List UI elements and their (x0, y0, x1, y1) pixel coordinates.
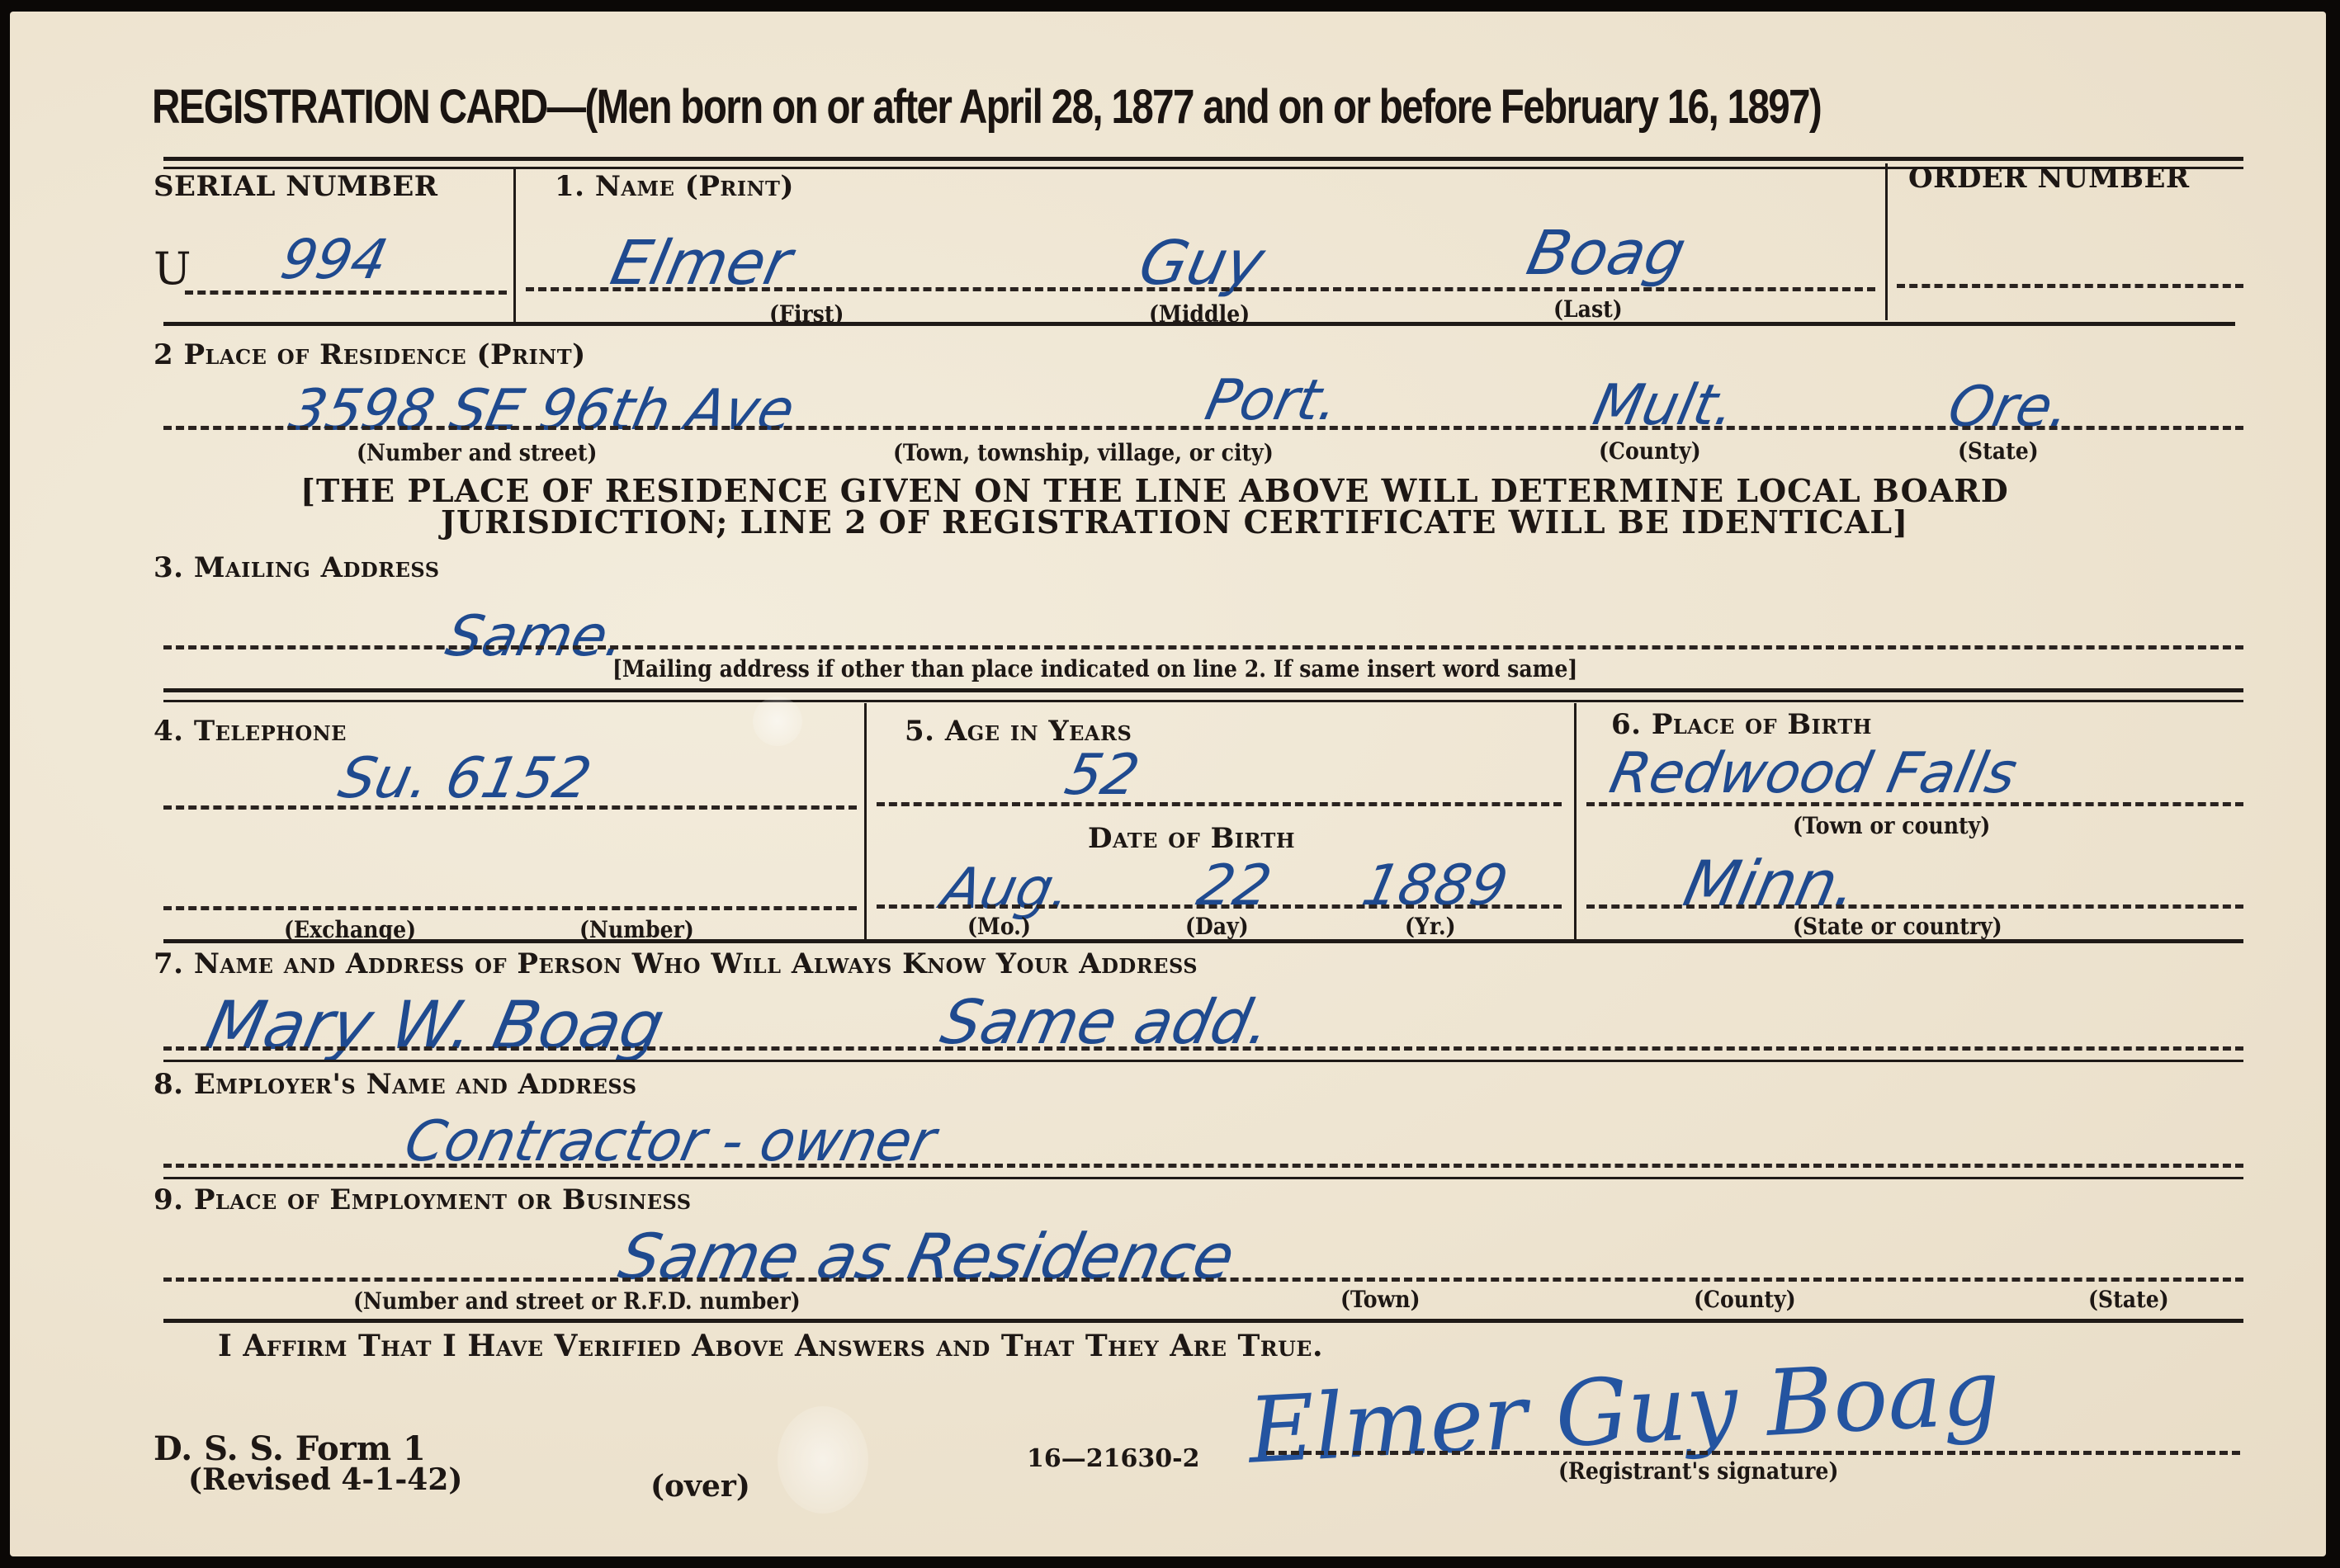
rule (163, 688, 2243, 692)
serial-prefix: U (154, 243, 191, 295)
birthplace-label: 6. Place of Birth (1611, 708, 1872, 741)
residence-label: 2 Place of Residence (Print) (154, 338, 586, 371)
birthplace-town-caption: (Town or county) (1793, 812, 1990, 839)
town-caption: (Town, township, village, or city) (893, 439, 1274, 466)
rule (163, 1060, 2243, 1062)
name-line (526, 287, 1875, 291)
birthplace-state-caption: (State or country) (1793, 913, 2002, 940)
month-caption: (Mo.) (967, 913, 1031, 940)
year-caption: (Yr.) (1405, 913, 1456, 940)
over-note: (over) (650, 1469, 750, 1504)
divider (1574, 703, 1577, 939)
serial-number-line (185, 290, 507, 295)
employment-place-value: Same as Residence (613, 1220, 1241, 1293)
employment-state-caption: (State) (2088, 1286, 2169, 1313)
employer-label: 8. Employer's Name and Address (154, 1068, 637, 1101)
rule (163, 322, 2235, 326)
divider (1885, 163, 1888, 320)
registration-card: REGISTRATION CARD—(Men born on or after … (10, 12, 2326, 1556)
residence-town-value: Port. (1200, 368, 1345, 433)
rule (163, 1319, 2243, 1323)
affirmation-text: I Affirm That I Have Verified Above Answ… (218, 1329, 1323, 1363)
dob-year-value: 1889 (1357, 853, 1514, 919)
residence-line (163, 426, 2243, 430)
mailing-value: Same. (441, 604, 631, 669)
mailing-line (163, 645, 2243, 649)
name-label: 1. Name (Print) (555, 170, 794, 203)
order-number-label: ORDER NUMBER (1908, 162, 2190, 195)
dob-line (877, 904, 1562, 909)
dob-label: Date of Birth (1088, 822, 1295, 855)
divider (513, 168, 516, 322)
age-value: 52 (1060, 743, 1145, 808)
employment-town-caption: (Town) (1340, 1286, 1421, 1313)
employment-county-caption: (County) (1694, 1286, 1796, 1313)
contact-line (163, 1046, 2243, 1051)
birthplace-town-line (1586, 802, 2243, 806)
signature-caption: (Registrant's signature) (1558, 1457, 1838, 1485)
telephone-value: Su. 6152 (333, 746, 597, 811)
telephone-line (163, 805, 857, 810)
contact-label: 7. Name and Address of Person Who Will A… (154, 947, 1198, 980)
telephone-label: 4. Telephone (154, 715, 347, 748)
telephone-line-2 (163, 906, 857, 910)
last-caption: (Last) (1553, 295, 1623, 323)
serial-number-value: 994 (276, 228, 393, 291)
employment-place-label: 9. Place of Employment or Business (154, 1183, 692, 1216)
residence-notice-line2: JURISDICTION; LINE 2 OF REGISTRATION CER… (441, 503, 1908, 541)
mailing-caption: [Mailing address if other than place ind… (612, 655, 1577, 682)
employment-place-line (163, 1278, 2243, 1282)
employer-line (163, 1164, 2243, 1168)
top-rule (163, 157, 2243, 161)
day-caption: (Day) (1185, 913, 1249, 940)
state-caption: (State) (1958, 437, 2039, 465)
rule (163, 1177, 2243, 1179)
card-title: REGISTRATION CARD—(Men born on or after … (152, 79, 1821, 135)
birthplace-town-value: Redwood Falls (1605, 741, 2023, 806)
order-number-line (1897, 284, 2243, 288)
employment-street-caption: (Number and street or R.F.D. number) (353, 1287, 801, 1315)
mailing-label: 3. Mailing Address (154, 551, 440, 584)
dob-day-value: 22 (1192, 853, 1277, 919)
rule (163, 700, 2243, 702)
print-code: 16—21630-2 (1027, 1444, 1199, 1473)
residence-street-value: 3598 SE 96th Ave (284, 378, 801, 443)
age-line (877, 802, 1562, 806)
glare (778, 1406, 868, 1514)
glare (753, 697, 802, 746)
county-caption: (County) (1599, 437, 1701, 465)
signature-line (1266, 1451, 2240, 1455)
birthplace-state-line (1586, 904, 2243, 909)
residence-state-value: Ore. (1943, 375, 2077, 440)
form-revised: (Revised 4-1-42) (188, 1462, 462, 1497)
last-name-value: Boag (1521, 218, 1692, 289)
birthplace-state-value: Minn. (1678, 847, 1865, 920)
divider (864, 703, 867, 939)
serial-number-label: SERIAL NUMBER (154, 170, 438, 203)
contact-name-value: Mary W. Boag (200, 987, 671, 1064)
street-caption: (Number and street) (357, 439, 597, 466)
rule (163, 939, 2243, 943)
